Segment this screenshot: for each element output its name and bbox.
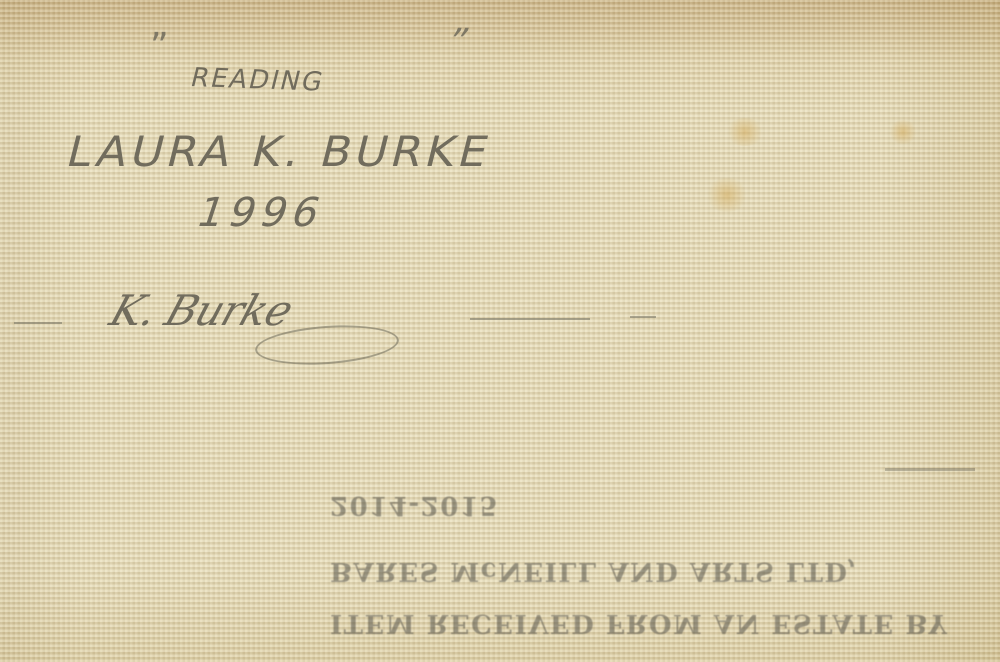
signature-underline <box>470 318 590 320</box>
stamp-line-1: ITEM RECEIVED FROM AN ESTATE BY <box>312 608 970 638</box>
stain <box>888 120 918 144</box>
canvas-back: ” ” Reading Laura K. Burke 1996 K. Burke… <box>0 0 1000 662</box>
painting-year: 1996 <box>191 190 332 236</box>
close-quote-mark: ” <box>441 22 475 63</box>
stamp-line-3: 2014-2015 <box>60 490 970 520</box>
stain <box>725 118 765 146</box>
signature-dash-left <box>14 322 62 324</box>
painting-title: Reading <box>188 63 328 98</box>
artist-name: Laura K. Burke <box>62 128 497 176</box>
signature-dash-right <box>630 316 656 318</box>
artist-signature: K. Burke <box>104 286 298 335</box>
open-quote-mark: ” <box>150 26 169 67</box>
printed-stamp: ITEM RECEIVED FROM AN ESTATE BY BARES Mc… <box>330 470 970 640</box>
stain <box>705 178 749 212</box>
stamp-line-2: BARES McNEILL AND ARTS LTD, <box>300 556 970 586</box>
